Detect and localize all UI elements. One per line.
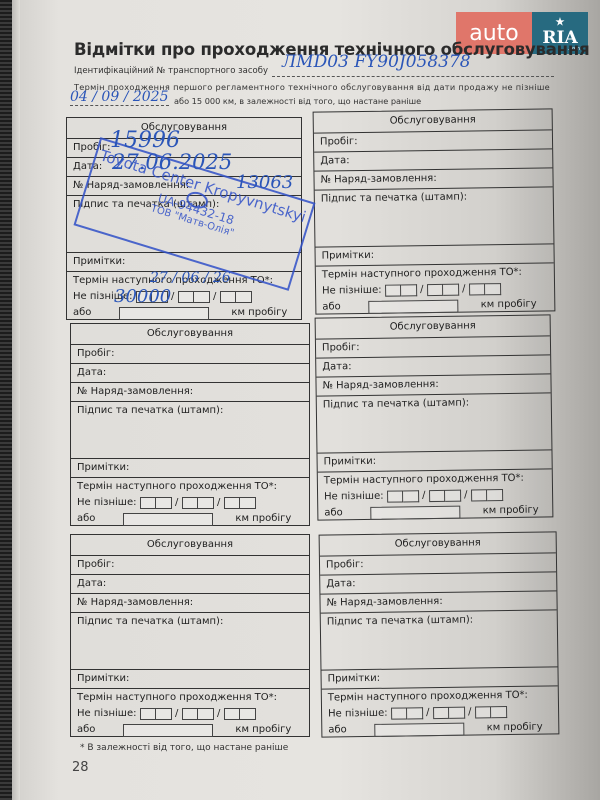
first-service-text: Термін проходження першого регламентного…	[74, 82, 550, 92]
card-header: Обслуговування	[71, 535, 309, 556]
first-service-km-text: або 15 000 км, в залежності від того, що…	[174, 96, 421, 106]
order-row[interactable]: № Наряд-замовлення:	[71, 383, 309, 402]
year-box[interactable]	[471, 489, 487, 501]
date-separator: /	[417, 282, 427, 298]
next-service-label: Термін наступного проходження ТО*:	[73, 273, 273, 289]
notes-row[interactable]: Примітки:	[71, 459, 309, 478]
date-separator: /	[172, 706, 182, 722]
day-box[interactable]	[156, 708, 172, 720]
not-later-label: Не пізніше:	[324, 489, 384, 506]
year-box[interactable]	[224, 708, 240, 720]
notes-label: Примітки:	[77, 673, 129, 684]
mileage-label: Пробіг:	[322, 342, 360, 354]
order-label: № Наряд-замовлення:	[320, 173, 436, 186]
day-box[interactable]	[385, 284, 401, 296]
signature-area[interactable]	[67, 215, 301, 253]
page-number: 28	[72, 760, 89, 775]
signature-label: Підпис та печатка (штамп):	[327, 615, 473, 628]
mileage-row[interactable]: Пробіг:	[71, 345, 309, 364]
next-service-label: Термін наступного проходження ТО*:	[322, 265, 522, 284]
order-label: № Наряд-замовлення:	[322, 379, 438, 392]
month-box[interactable]	[433, 707, 449, 719]
service-card-2: Обслуговування Пробіг: Дата: № Наряд-зам…	[313, 108, 556, 314]
order-label: № Наряд-замовлення:	[77, 597, 193, 608]
km-label: км пробігу	[487, 720, 543, 737]
next-service-section: Термін наступного проходження ТО*: Не пі…	[71, 689, 309, 738]
notes-label: Примітки:	[324, 456, 377, 468]
service-card-1: Обслуговування Пробіг: Дата: № Наряд-зам…	[66, 117, 302, 320]
next-service-label: Термін наступного проходження ТО*:	[77, 479, 277, 495]
day-box[interactable]	[401, 284, 417, 296]
month-box[interactable]	[198, 497, 214, 509]
km-field[interactable]	[371, 505, 461, 519]
signature-area[interactable]	[317, 412, 552, 453]
date-separator: /	[168, 289, 178, 305]
year-box[interactable]	[220, 291, 236, 303]
notes-label: Примітки:	[322, 250, 375, 262]
date-separator: /	[172, 495, 182, 511]
mileage-row[interactable]: Пробіг:	[67, 139, 301, 158]
next-service-section: Термін наступного проходження ТО*: Не пі…	[71, 478, 309, 527]
month-box[interactable]	[449, 707, 465, 719]
day-box[interactable]	[140, 497, 156, 509]
date-row[interactable]: Дата:	[67, 158, 301, 177]
order-label: № Наряд-замовлення:	[326, 596, 442, 609]
service-card-4: Обслуговування Пробіг: Дата: № Наряд-зам…	[315, 314, 554, 520]
month-box[interactable]	[198, 708, 214, 720]
signature-label: Підпис та печатка (штамп):	[77, 405, 223, 416]
not-later-label: Не пізніше:	[77, 706, 136, 722]
first-service-text-2: або 15 000 км, в залежності від того, що…	[74, 96, 421, 106]
or-label: або	[77, 511, 95, 527]
month-box[interactable]	[194, 291, 210, 303]
month-box[interactable]	[182, 708, 198, 720]
mileage-label: Пробіг:	[77, 559, 115, 570]
card-header: Обслуговування	[67, 118, 301, 139]
notes-row[interactable]: Примітки:	[71, 670, 309, 689]
km-label: км пробігу	[481, 297, 537, 314]
month-box[interactable]	[443, 284, 459, 296]
km-label: км пробігу	[235, 511, 291, 527]
month-box[interactable]	[182, 497, 198, 509]
footnote: * В залежності від того, що настане рані…	[80, 743, 288, 753]
signature-area[interactable]	[71, 632, 309, 670]
month-box[interactable]	[178, 291, 194, 303]
order-label: № Наряд-замовлення:	[73, 180, 189, 191]
notes-row[interactable]: Примітки:	[67, 253, 301, 272]
date-label: Дата:	[326, 578, 355, 589]
km-field[interactable]	[123, 724, 213, 737]
signature-area[interactable]	[71, 421, 309, 459]
date-separator: /	[214, 495, 224, 511]
mileage-label: Пробіг:	[320, 136, 358, 148]
notes-label: Примітки:	[77, 462, 129, 473]
order-row[interactable]: № Наряд-замовлення:	[71, 594, 309, 613]
date-separator: /	[465, 705, 475, 721]
or-label: або	[77, 722, 95, 738]
km-field[interactable]	[123, 513, 213, 526]
service-card-6: Обслуговування Пробіг: Дата: № Наряд-зам…	[319, 531, 560, 737]
date-label: Дата:	[322, 361, 351, 372]
signature-area[interactable]	[321, 629, 558, 670]
signature-area[interactable]	[315, 206, 554, 247]
signature-row: Підпис та печатка (штамп):	[71, 402, 309, 421]
signature-label: Підпис та печатка (штамп):	[321, 192, 467, 205]
next-service-section: Термін наступного проходження ТО*: Не пі…	[322, 686, 559, 738]
date-separator: /	[459, 282, 469, 298]
date-separator: /	[419, 488, 429, 504]
next-service-section: Термін наступного проходження ТО*: Не пі…	[316, 263, 555, 315]
day-box[interactable]	[156, 497, 172, 509]
not-later-label: Не пізніше:	[322, 283, 382, 300]
signature-label: Підпис та печатка (штамп):	[77, 616, 223, 627]
next-service-label: Термін наступного проходження ТО*:	[328, 688, 528, 707]
not-later-label: Не пізніше:	[328, 706, 388, 723]
order-row[interactable]: № Наряд-замовлення:	[67, 177, 301, 196]
km-label: км пробігу	[231, 305, 287, 321]
km-field[interactable]	[369, 299, 459, 313]
year-box[interactable]	[224, 497, 240, 509]
date-label: Дата:	[77, 578, 106, 589]
vin-label: Ідентифікаційний № транспортного засобу	[74, 66, 268, 76]
year-box[interactable]	[491, 706, 507, 718]
day-box[interactable]	[136, 291, 152, 303]
year-box[interactable]	[469, 283, 485, 295]
not-later-label: Не пізніше:	[73, 289, 132, 305]
signature-label: Підпис та печатка (штамп):	[73, 199, 219, 210]
date-label: Дата:	[77, 367, 106, 378]
or-label: або	[328, 722, 347, 738]
or-label: або	[324, 505, 343, 521]
date-separator: /	[214, 706, 224, 722]
page-title: Відмітки про проходження технічного обсл…	[74, 40, 589, 59]
mileage-label: Пробіг:	[77, 348, 115, 359]
signature-row: Підпис та печатка (штамп):	[71, 613, 309, 632]
date-row[interactable]: Дата:	[71, 575, 309, 594]
month-box[interactable]	[427, 284, 443, 296]
mileage-label: Пробіг:	[326, 559, 364, 571]
year-box[interactable]	[485, 283, 501, 295]
day-box[interactable]	[391, 707, 407, 719]
next-service-label: Термін наступного проходження ТО*:	[77, 690, 277, 706]
km-label: км пробігу	[235, 722, 291, 738]
or-label: або	[322, 299, 341, 315]
date-separator: /	[423, 705, 433, 721]
month-box[interactable]	[429, 490, 445, 502]
service-card-5: Обслуговування Пробіг: Дата: № Наряд-зам…	[70, 534, 310, 737]
or-label: або	[73, 305, 91, 321]
date-label: Дата:	[73, 161, 102, 172]
next-service-section: Термін наступного проходження ТО*: Не пі…	[318, 469, 553, 521]
next-service-section: Термін наступного проходження ТО*: Не пі…	[67, 272, 301, 321]
day-box[interactable]	[403, 490, 419, 502]
day-box[interactable]	[387, 490, 403, 502]
year-box[interactable]	[475, 706, 491, 718]
day-box[interactable]	[140, 708, 156, 720]
date-separator: /	[210, 289, 220, 305]
page-edge	[12, 0, 20, 800]
year-box[interactable]	[240, 497, 256, 509]
year-box[interactable]	[240, 708, 256, 720]
mileage-row[interactable]: Пробіг:	[71, 556, 309, 575]
vin-field-line	[272, 76, 554, 77]
card-header: Обслуговування	[71, 324, 309, 345]
year-box[interactable]	[487, 489, 503, 501]
km-label: км пробігу	[483, 503, 539, 520]
date-row[interactable]: Дата:	[71, 364, 309, 383]
service-card-3: Обслуговування Пробіг: Дата: № Наряд-зам…	[70, 323, 310, 526]
km-field[interactable]	[375, 722, 465, 736]
signature-row: Підпис та печатка (штамп):	[67, 196, 301, 215]
signature-label: Підпис та печатка (штамп):	[323, 398, 469, 411]
month-box[interactable]	[445, 490, 461, 502]
star-icon: ★	[556, 19, 565, 27]
notes-label: Примітки:	[73, 256, 125, 267]
not-later-label: Не пізніше:	[77, 495, 136, 511]
mileage-label: Пробіг:	[73, 142, 111, 153]
date-label: Дата:	[320, 155, 349, 166]
order-label: № Наряд-замовлення:	[77, 386, 193, 397]
km-field[interactable]	[119, 307, 209, 320]
date-separator: /	[461, 487, 471, 503]
day-box[interactable]	[407, 707, 423, 719]
next-service-label: Термін наступного проходження ТО*:	[324, 471, 524, 490]
day-box[interactable]	[152, 291, 168, 303]
year-box[interactable]	[236, 291, 252, 303]
notes-label: Примітки:	[328, 673, 381, 685]
